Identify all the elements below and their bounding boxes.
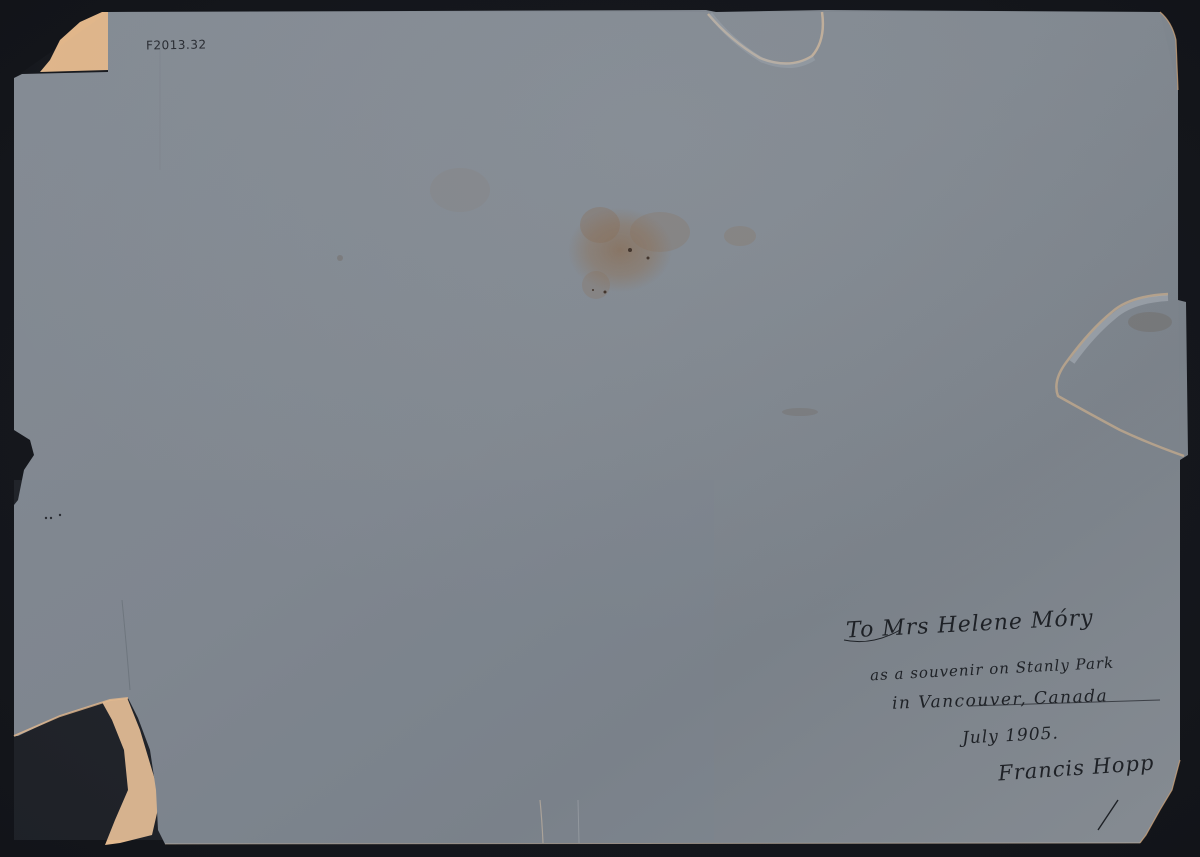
inscription-signature: Francis Hopp bbox=[997, 751, 1155, 786]
inscription-line-location: in Vancouver, Canada bbox=[892, 686, 1109, 714]
inscription-line-dedication: To Mrs Helene Móry bbox=[846, 606, 1095, 644]
catalog-number: F2013.32 bbox=[146, 37, 207, 52]
handwritten-inscription: To Mrs Helene Móry as a souvenir on Stan… bbox=[840, 606, 1180, 806]
scan-background: F2013.32 To Mrs Helene Móry as a souveni… bbox=[0, 0, 1200, 857]
inscription-line-date: July 1905. bbox=[962, 723, 1060, 748]
inscription-line-souvenir: as a souvenir on Stanly Park bbox=[870, 654, 1115, 685]
